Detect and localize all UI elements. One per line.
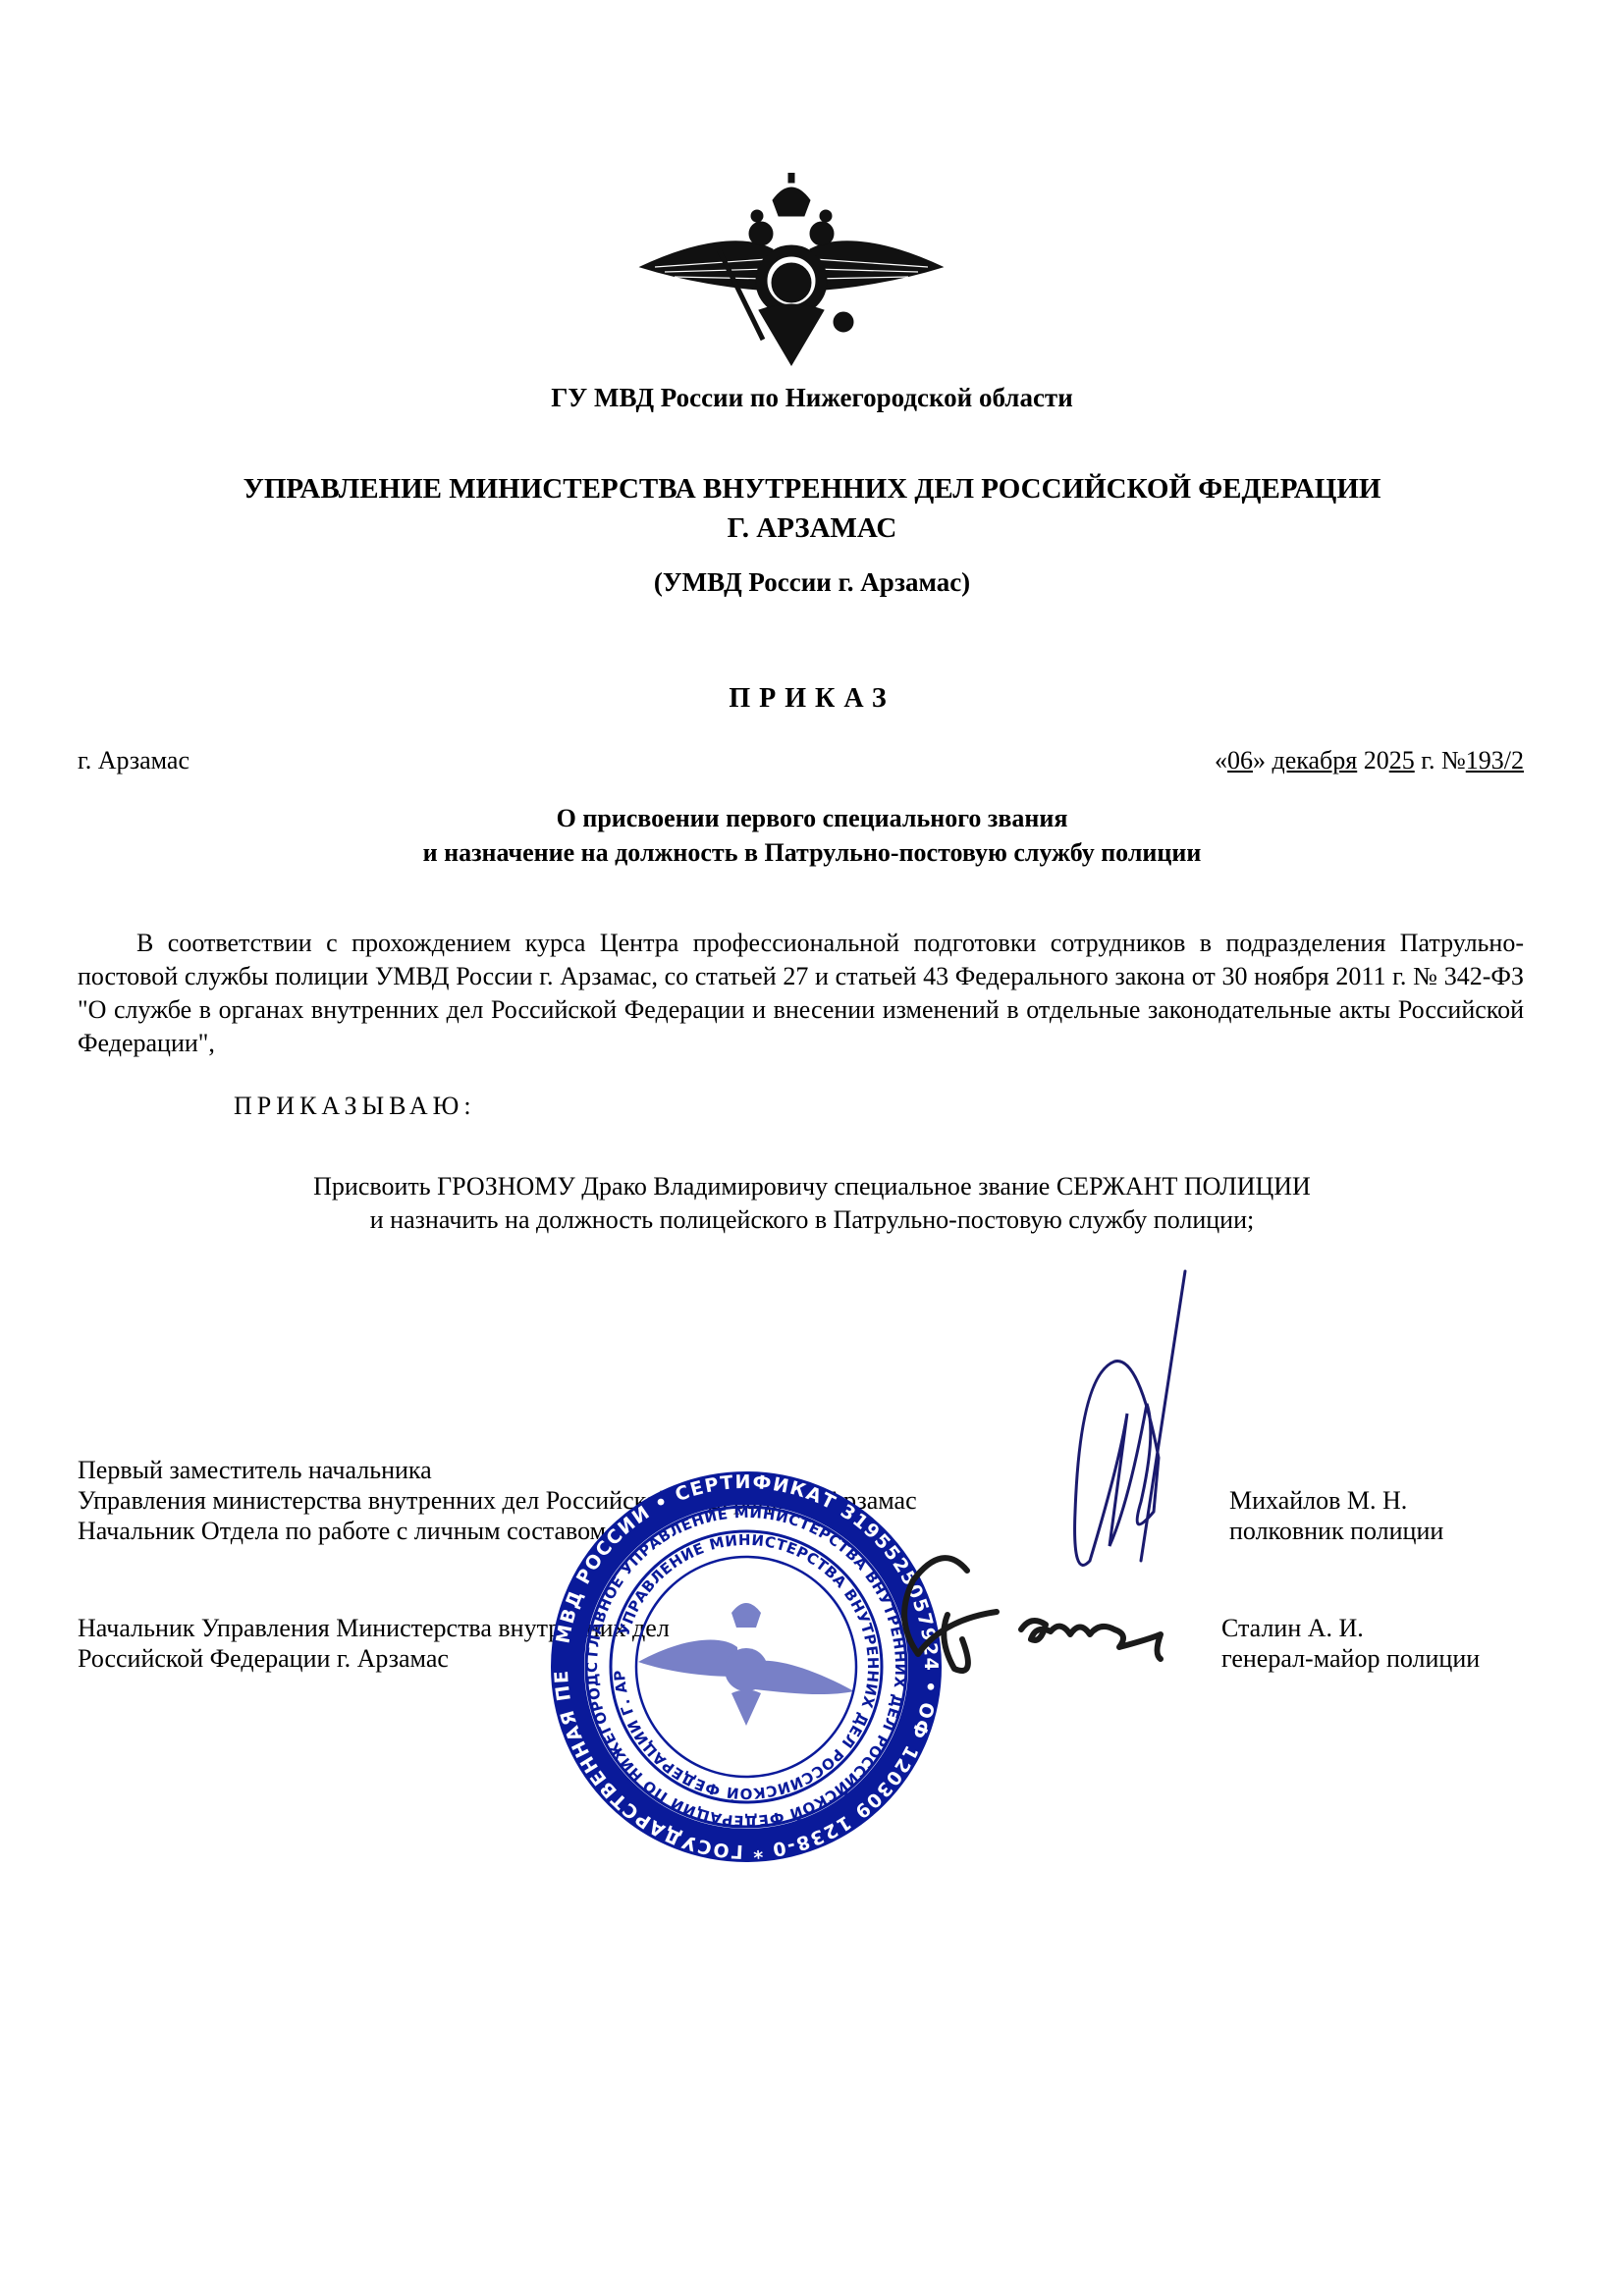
order-title: ПРИКАЗ — [0, 683, 1624, 715]
signature-2 — [884, 1531, 1198, 1708]
subject-line-2: и назначение на должность в Патрульно-по… — [0, 835, 1624, 870]
ministry-line-2: Г. АРЗАМАС — [0, 508, 1624, 548]
preamble-paragraph: В соответствии с прохождением курса Цент… — [78, 927, 1524, 1060]
abbreviation-heading: (УМВД России г. Арзамас) — [0, 567, 1624, 598]
signatory-1-name-block: Михайлов М. Н. полковник полиции — [1229, 1485, 1443, 1546]
date-day: 06 — [1227, 746, 1253, 774]
signatory-2-name-block: Сталин А. И. генерал-майор полиции — [1221, 1613, 1480, 1674]
signatory-1-name: Михайлов М. Н. — [1229, 1485, 1443, 1516]
quote-close: » — [1253, 746, 1266, 774]
order-number: 193/2 — [1466, 746, 1524, 774]
ministry-heading: УПРАВЛЕНИЕ МИНИСТЕРСТВА ВНУТРЕННИХ ДЕЛ Р… — [0, 469, 1624, 548]
order-date: «06» декабря 2025 г. №193/2 — [1215, 746, 1524, 775]
order-subject: О присвоении первого специального звания… — [0, 801, 1624, 870]
quote-open: « — [1215, 746, 1227, 774]
subject-line-1: О присвоении первого специального звания — [0, 801, 1624, 835]
date-year-prefix: 20 — [1364, 746, 1389, 774]
command-word: ПРИКАЗЫВАЮ: — [234, 1092, 476, 1121]
region-heading: ГУ МВД России по Нижегородской области — [0, 383, 1624, 413]
ministry-line-1: УПРАВЛЕНИЕ МИНИСТЕРСТВА ВНУТРЕННИХ ДЕЛ Р… — [0, 469, 1624, 508]
order-city: г. Арзамас — [78, 746, 189, 775]
date-month: декабря — [1272, 746, 1357, 774]
signatory-2-name: Сталин А. И. — [1221, 1613, 1480, 1643]
decree-line-1: Присвоить ГРОЗНОМУ Драко Владимировичу с… — [0, 1170, 1624, 1203]
decree: Присвоить ГРОЗНОМУ Драко Владимировичу с… — [0, 1170, 1624, 1237]
decree-line-2: и назначить на должность полицейского в … — [0, 1203, 1624, 1237]
date-year-suffix: 25 — [1389, 746, 1415, 774]
signatory-1-rank: полковник полиции — [1229, 1516, 1443, 1546]
signatory-2-rank: генерал-майор полиции — [1221, 1643, 1480, 1674]
mvd-emblem-icon — [635, 173, 947, 369]
date-year-label: г. № — [1415, 746, 1466, 774]
signature-stroke — [1075, 1271, 1185, 1565]
signature-stroke — [904, 1558, 1161, 1671]
